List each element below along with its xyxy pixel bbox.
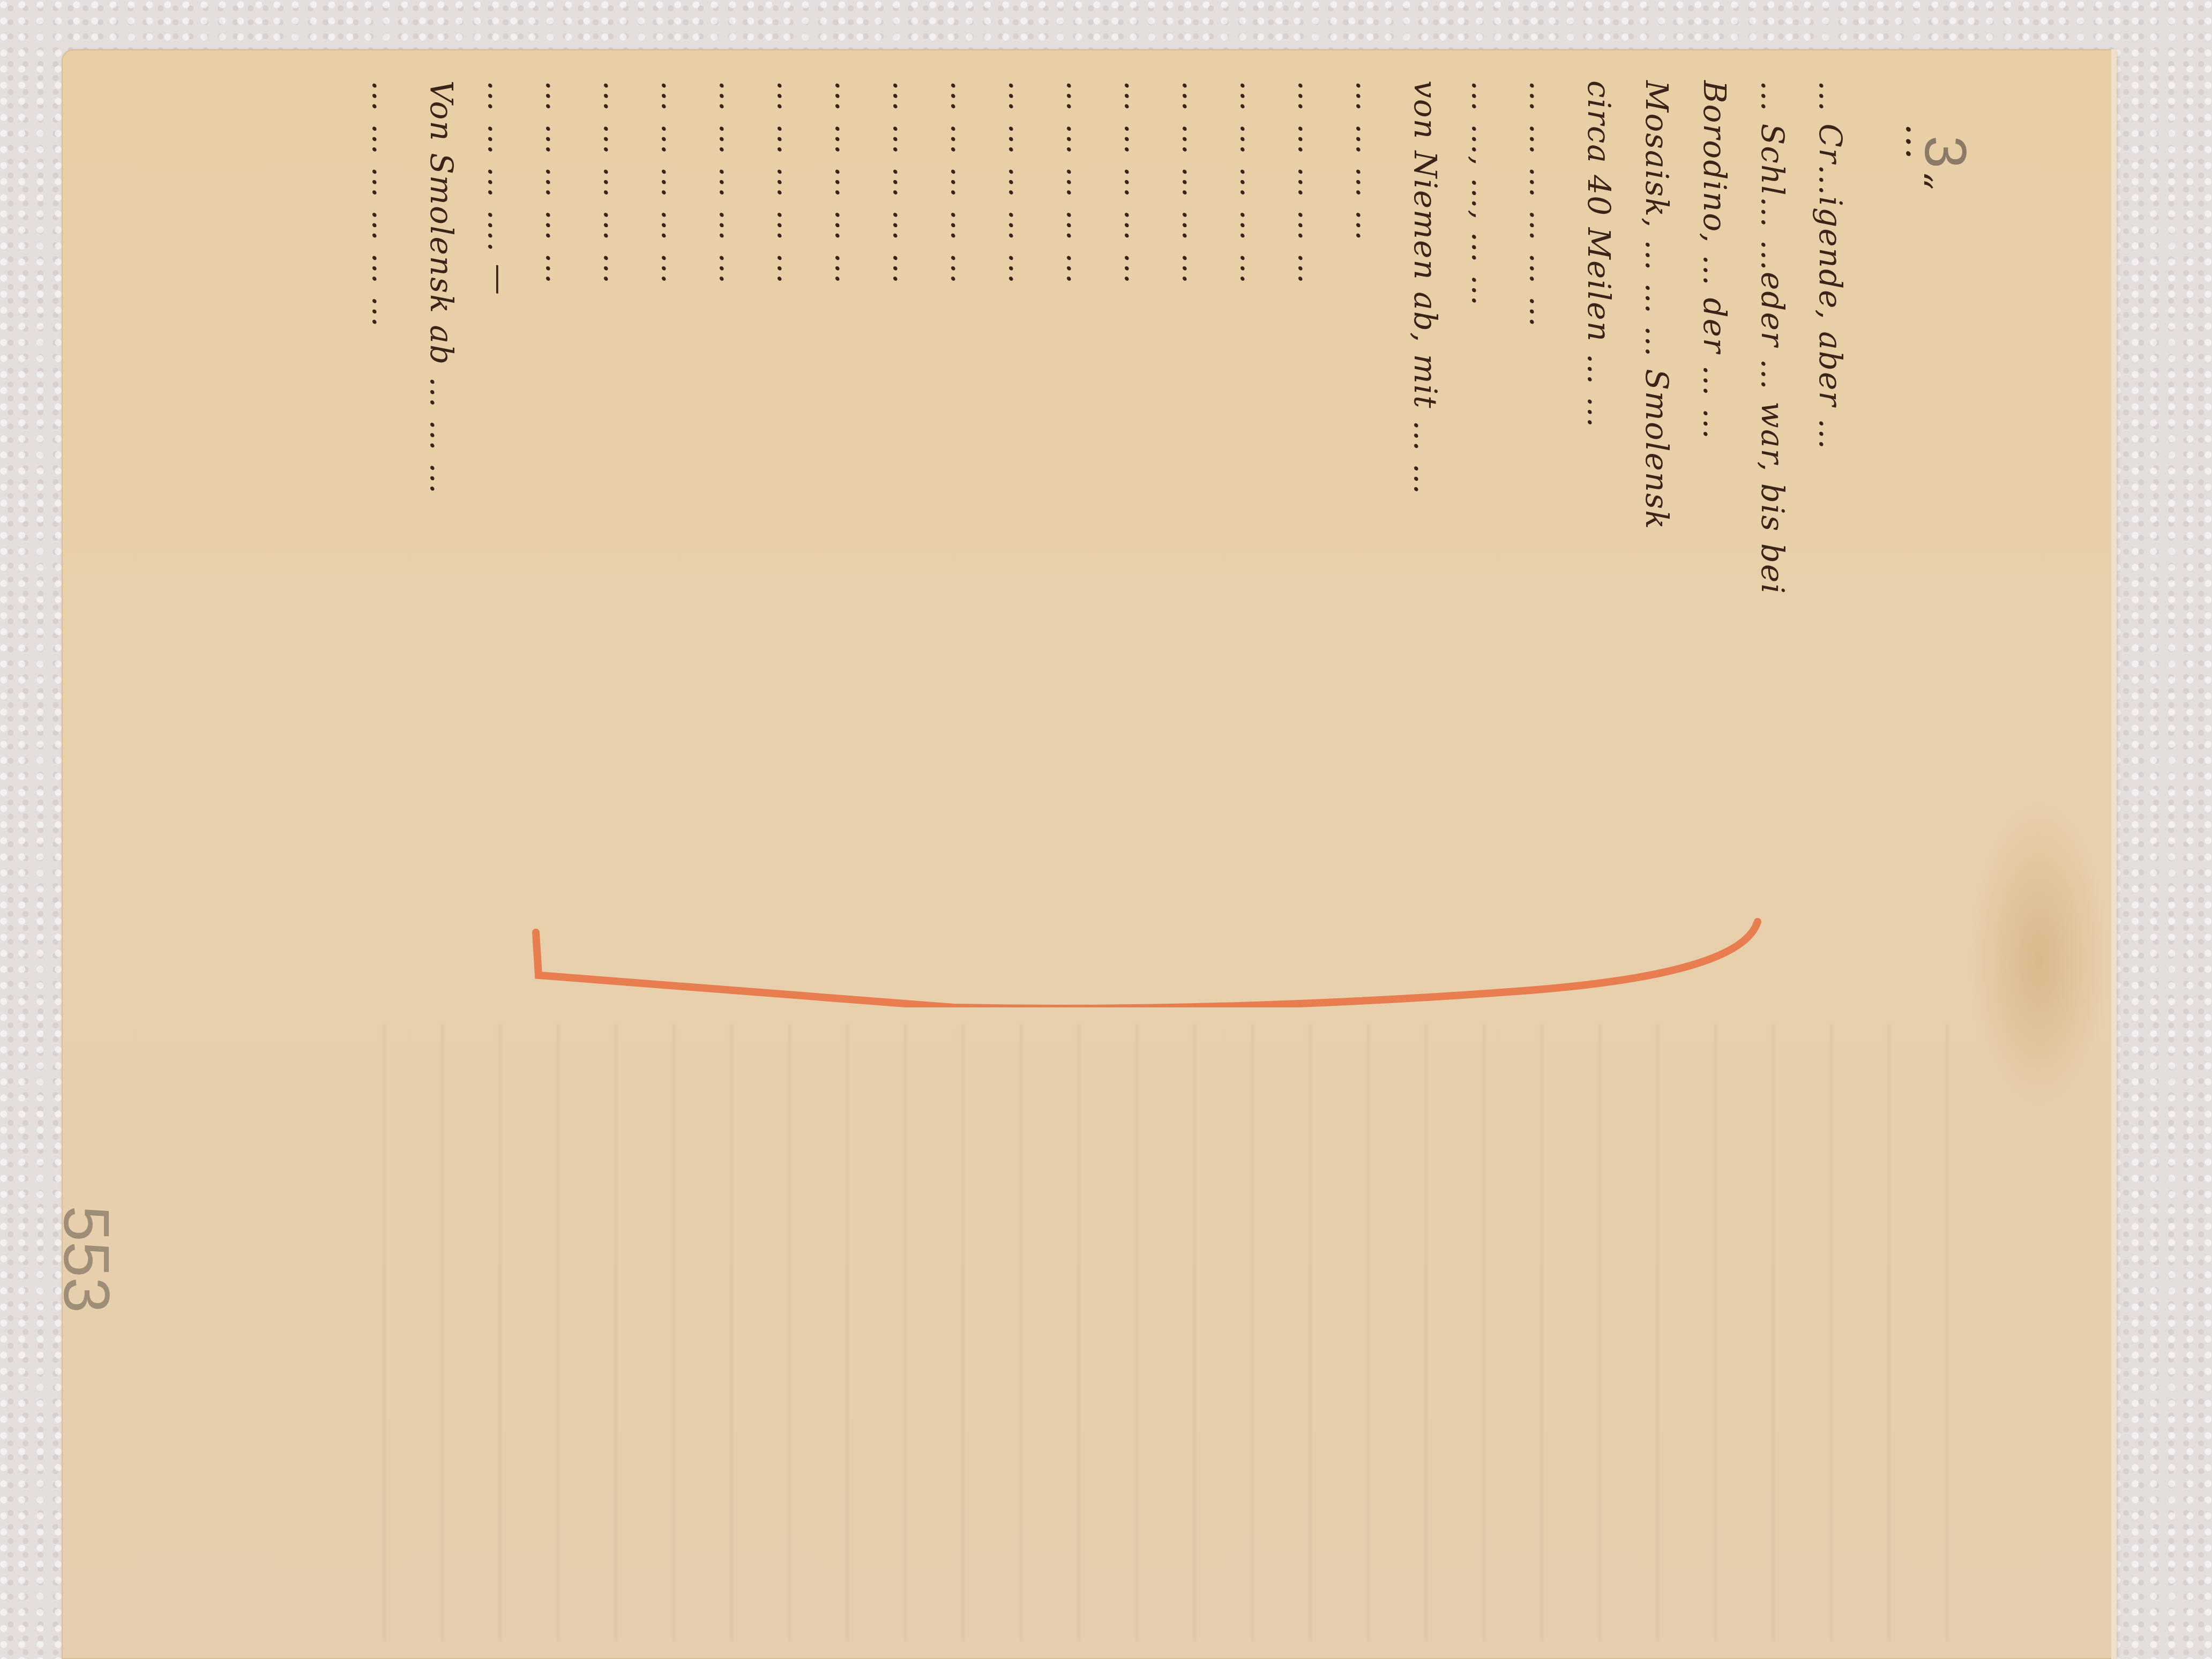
text-line: … … … … … xyxy=(702,80,760,938)
handwritten-text-block: … Cr…igende, aber … … Schl… …eder … war,… xyxy=(355,80,1859,938)
text-line: … … … … … xyxy=(528,80,586,938)
text-line: … … … … xyxy=(1339,80,1396,938)
text-line: … …, …, … … xyxy=(1454,80,1512,938)
text-line: … … … … … … xyxy=(355,80,413,938)
text-line: von Niemen ab, mit … … xyxy=(1396,80,1454,938)
archive-number: 553 xyxy=(49,1206,123,1313)
text-line: … … … …. — xyxy=(470,80,528,938)
text-line: circa 40 Meilen … … xyxy=(1570,80,1628,938)
text-line: … … … … … xyxy=(760,80,818,938)
paper-edge xyxy=(2111,49,2117,1659)
text-line: … … … … … xyxy=(991,80,1049,938)
text-line: … … … … … xyxy=(818,80,876,938)
closing-word: … “ xyxy=(1897,123,1940,190)
text-line: Von Smolensk ab … … … xyxy=(413,80,470,938)
text-line: … … … … … xyxy=(644,80,702,938)
text-line: … … … … … xyxy=(1165,80,1223,938)
text-line: … … … … … xyxy=(586,80,644,938)
text-line: Borodino, … der … … xyxy=(1686,80,1744,938)
text-line: … Schl… …eder … war, bis bei xyxy=(1744,80,1802,938)
text-line: … … … … … xyxy=(1223,80,1281,938)
text-line: … … … … … xyxy=(933,80,991,938)
red-pencil-bracket xyxy=(525,911,1768,1007)
text-line: Mosaisk, … … … Smolensk xyxy=(1628,80,1686,938)
text-line: … … … … … xyxy=(1049,80,1107,938)
text-line: … … … … … … xyxy=(1512,80,1570,938)
text-line: … … … … … xyxy=(1107,80,1165,938)
text-line: … … … … … xyxy=(876,80,933,938)
text-line: … Cr…igende, aber … xyxy=(1802,80,1859,938)
text-line: … … … … … xyxy=(1281,80,1339,938)
bleed-through-text xyxy=(383,1025,1991,1641)
